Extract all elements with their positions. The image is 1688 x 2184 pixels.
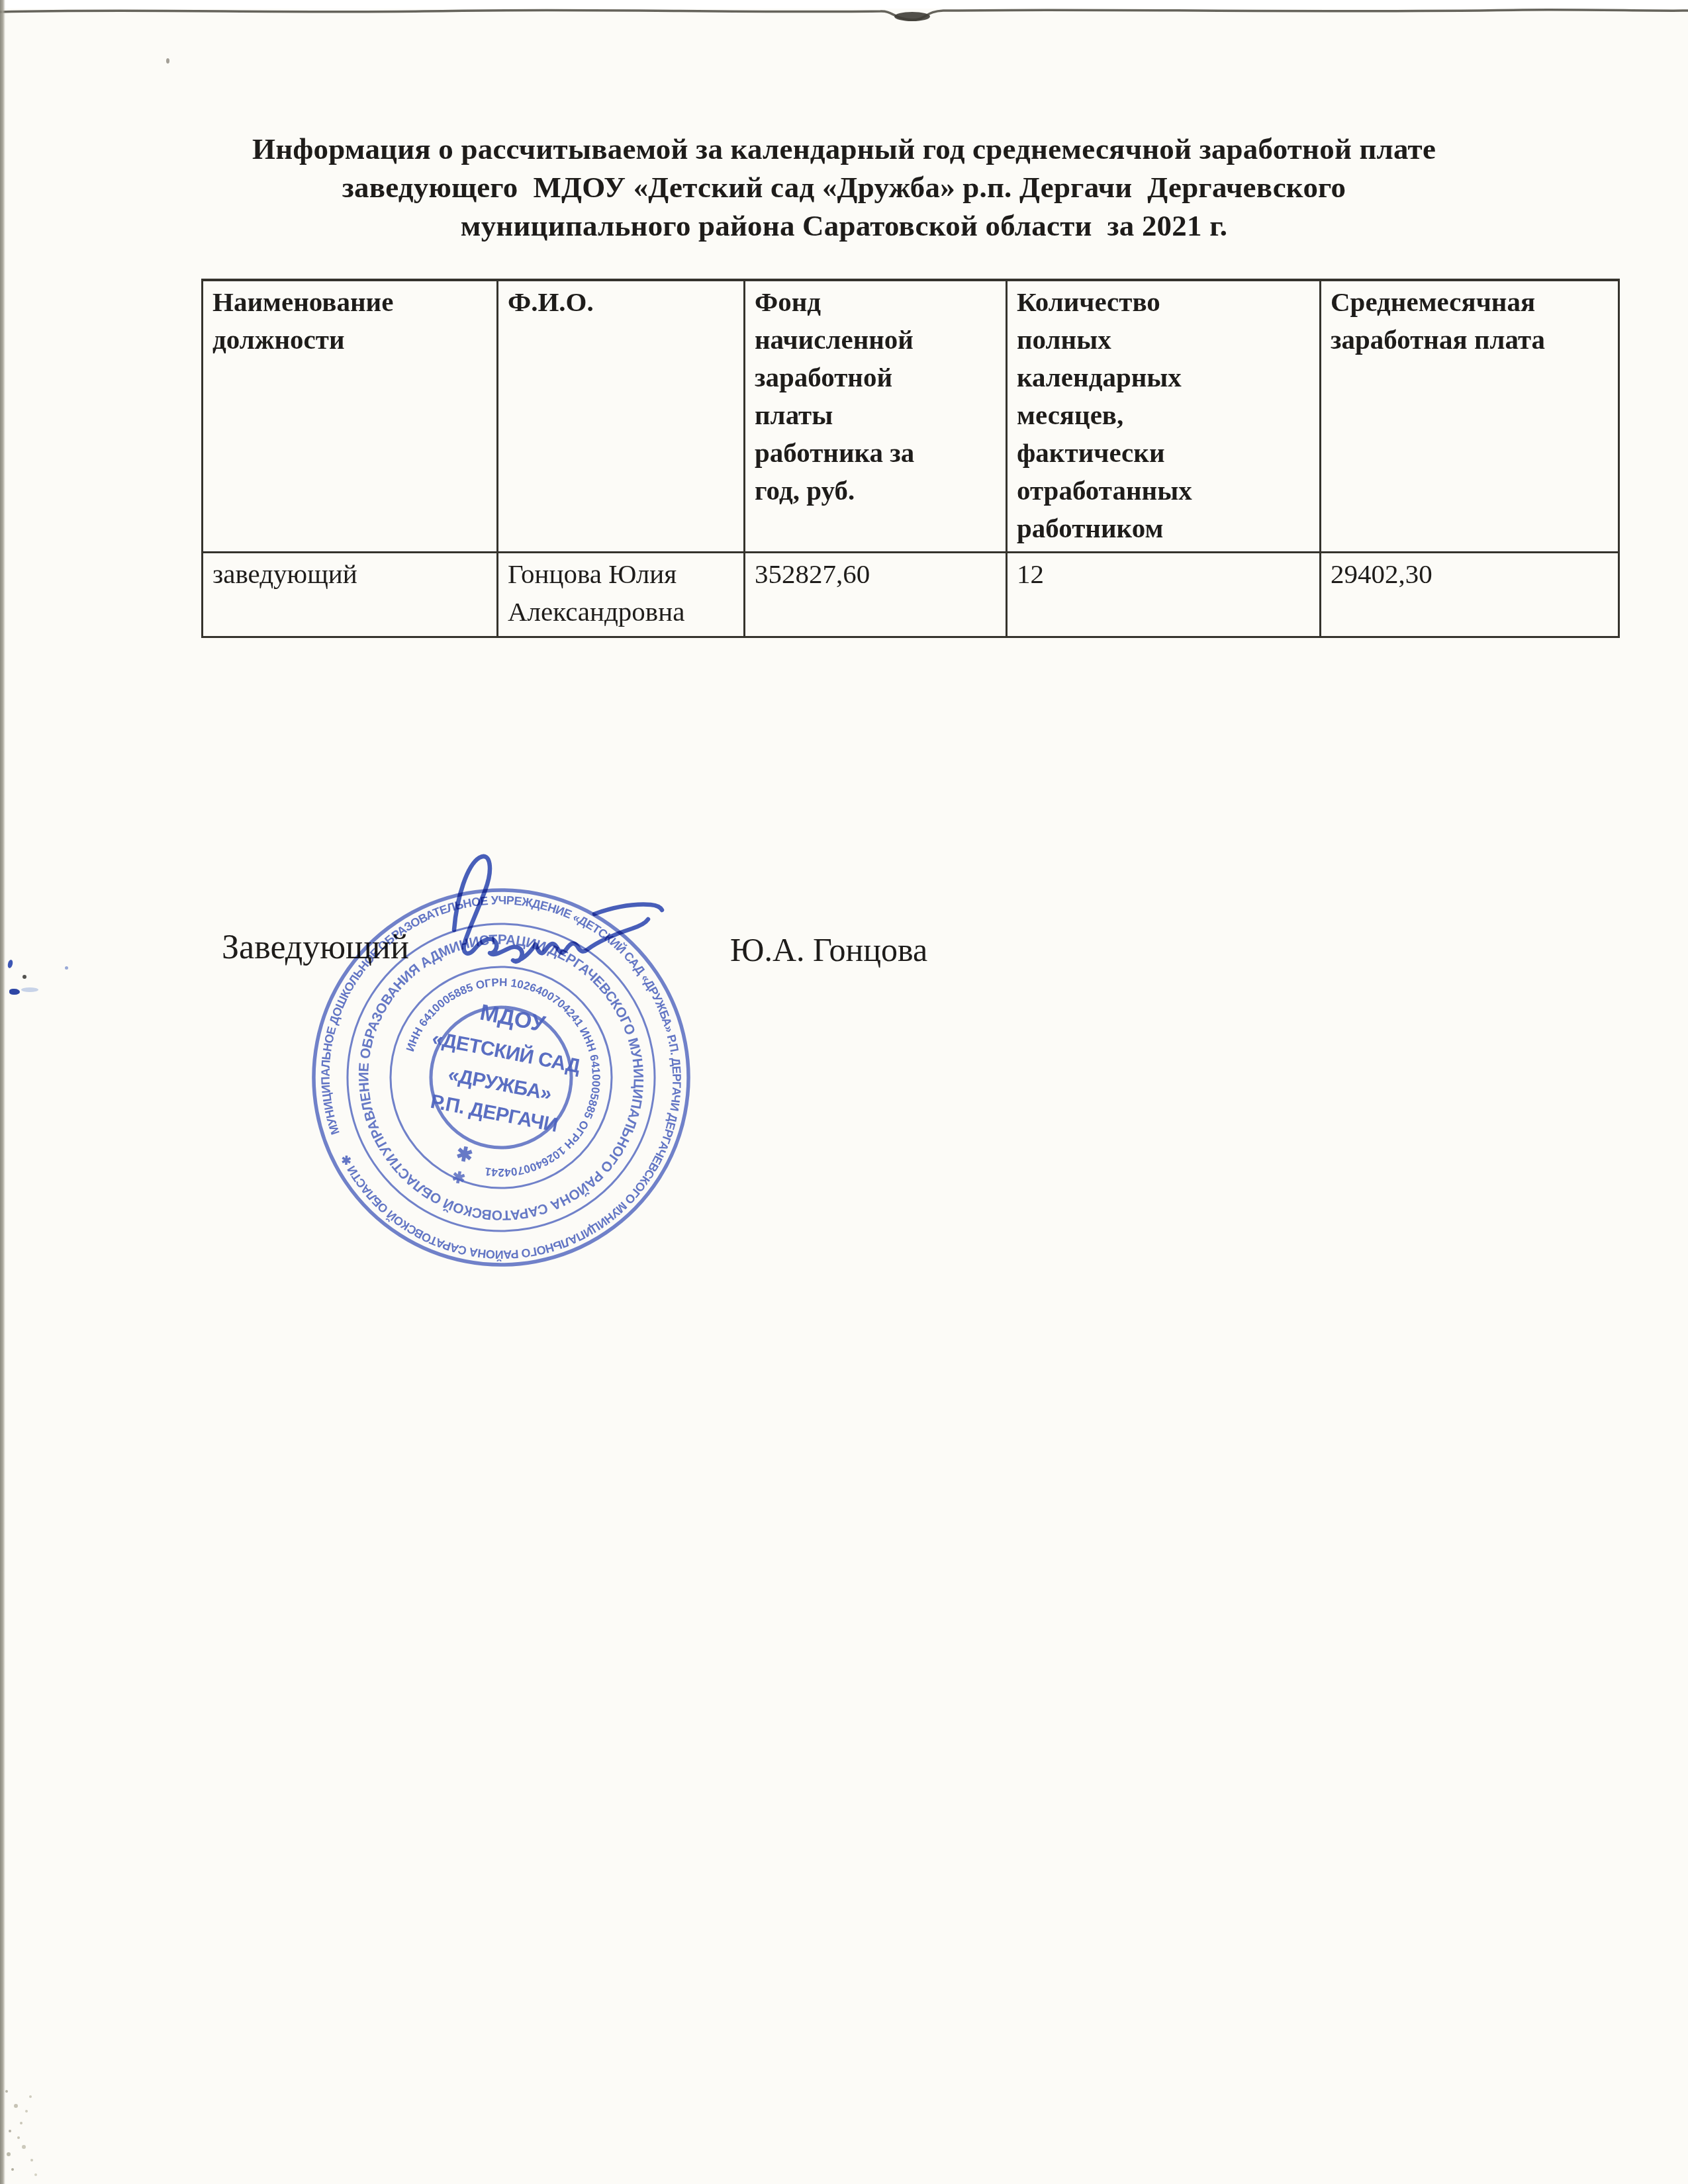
header-salary-fund: Фонд начисленной заработной платы работн… (745, 280, 1007, 553)
stamp-center-line: МДОУ (478, 1000, 548, 1037)
table-header-row: Наименование должности Ф.И.О. Фонд начис… (203, 280, 1619, 553)
ink-speck (9, 989, 20, 995)
ink-speck (7, 959, 14, 968)
cell-fio: Гонцова Юлия Александровна (498, 553, 745, 637)
cell-salary-fund: 352827,60 (745, 553, 1007, 637)
scan-edge-shadow (0, 0, 5, 2184)
table-row: заведующий Гонцова Юлия Александровна 35… (203, 553, 1619, 637)
document-title: Информация о рассчитываемой за календарн… (0, 130, 1688, 245)
stamp-star-icon: ✱ (450, 1168, 467, 1188)
scan-edge-line (0, 0, 1688, 29)
cell-months-worked: 12 (1007, 553, 1321, 637)
ink-speck (166, 58, 169, 64)
header-fio: Ф.И.О. (498, 280, 745, 553)
header-position: Наименование должности (203, 280, 498, 553)
ink-speck (21, 987, 38, 992)
signatory-name: Ю.А. Гонцова (730, 931, 927, 969)
stamp-star-icon: ✱ (454, 1142, 475, 1167)
header-avg-salary: Среднемесячная заработная плата (1321, 280, 1619, 553)
cell-position: заведующий (203, 553, 498, 637)
salary-table: Наименование должности Ф.И.О. Фонд начис… (201, 279, 1620, 638)
handwritten-signature (396, 849, 680, 978)
cell-avg-salary: 29402,30 (1321, 553, 1619, 637)
header-months-worked: Количество полных календарных месяцев, ф… (1007, 280, 1321, 553)
ink-speck (23, 975, 26, 979)
scan-noise-speckles (5, 2090, 8, 2093)
ink-speck (65, 966, 68, 970)
scanned-document-page: Информация о рассчитываемой за календарн… (0, 0, 1688, 2184)
